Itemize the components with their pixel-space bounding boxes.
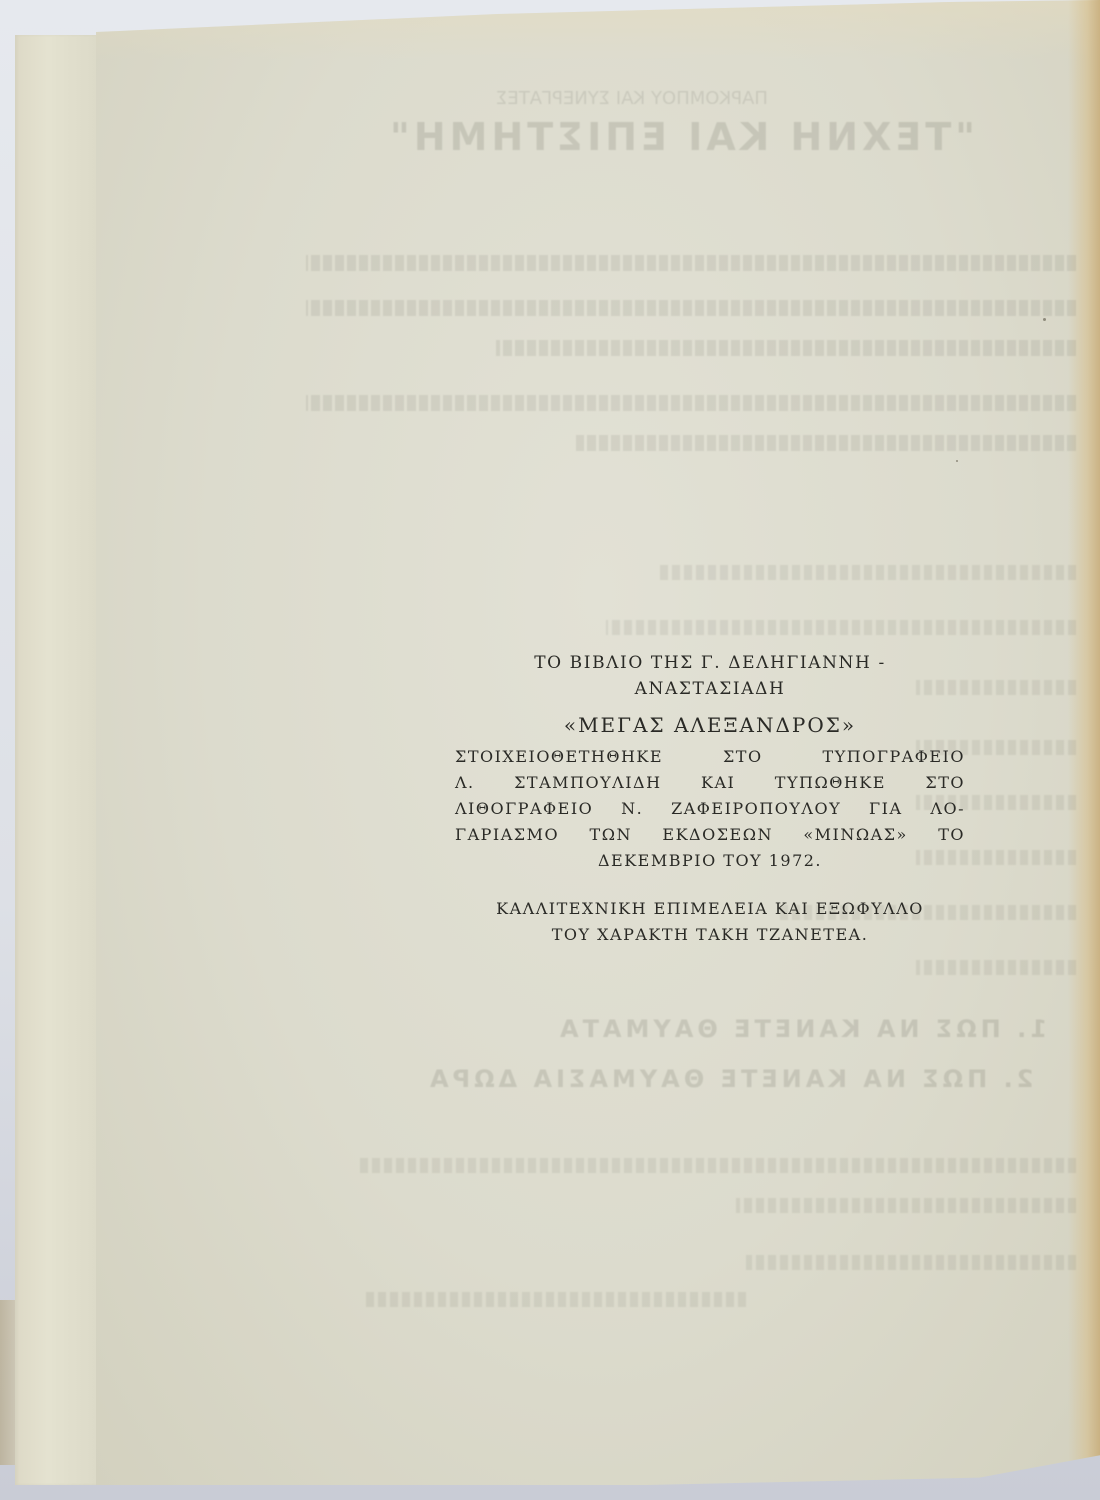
page-right-edge-yellowing: [1068, 0, 1100, 1485]
bleed-through-text-line: [306, 395, 1076, 411]
colophon-credits-line: ΤΟΥ ΧΑΡΑΚΤΗ ΤΑΚΗ ΤΖΑΝΕΤΕΑ.: [455, 922, 965, 948]
bleed-through-list-line: [656, 565, 1076, 580]
spacer: [455, 874, 965, 896]
bleed-through-bottom-heading-2: 2. ΠΩΣ ΝΑ ΚΑΝΕΤΕ ΘΑΥΜΑΣΙΑ ΔΩΡΑ: [426, 1065, 1033, 1093]
paper-speck: [1043, 318, 1046, 321]
bleed-through-list-line: [916, 960, 1076, 975]
inner-cover-strip: [15, 35, 98, 1485]
bleed-through-text-line: [356, 1158, 1076, 1173]
bleed-through-small-heading: ΠΑΡΚΟΜΠΟΥ ΚΑΙ ΣΥΝΕΡΓΑΤΕΣ: [496, 88, 768, 109]
bleed-through-text-line: [746, 1255, 1076, 1270]
paper-speck: [956, 460, 958, 462]
colophon-body-line: ΓΑΡΙΑΣΜΟ ΤΩΝ ΕΚΔΟΣΕΩΝ «ΜΙΝΩΑΣ» ΤΟ: [455, 822, 965, 848]
bleed-through-heading: "ΤΕΧΝΗ ΚΑΙ ΕΠΙΣΤΗΜΗ": [386, 115, 975, 159]
colophon: ΤΟ ΒΙΒΛΙΟ ΤΗΣ Γ. ΔΕΛΗΓΙΑΝΝΗ - ΑΝΑΣΤΑΣΙΑΔ…: [455, 650, 965, 948]
bleed-through-text-line: [736, 1198, 1076, 1213]
colophon-book-author-line-1: ΤΟ ΒΙΒΛΙΟ ΤΗΣ Γ. ΔΕΛΗΓΙΑΝΝΗ -: [455, 650, 965, 676]
bleed-through-text-line: [306, 255, 1076, 271]
colophon-body-line: ΣΤΟΙΧΕΙΟΘΕΤΗΘΗΚΕ ΣΤΟ ΤΥΠΟΓΡΑΦΕΙΟ: [455, 744, 965, 770]
colophon-body-line: ΛΙΘΟΓΡΑΦΕΙΟ Ν. ΖΑΦΕΙΡΟΠΟΥΛΟΥ ΓΙΑ ΛΟ-: [455, 796, 965, 822]
book-title: «ΜΕΓΑΣ ΑΛΕΞΑΝΔΡΟΣ»: [455, 710, 965, 740]
bleed-through-list-line: [606, 620, 1076, 635]
bleed-through-text-line: [576, 435, 1076, 451]
bleed-through-text-line: [496, 340, 1076, 356]
bleed-through-bottom-heading-1: 1. ΠΩΣ ΝΑ ΚΑΝΕΤΕ ΘΑΥΜΑΤΑ: [556, 1015, 1047, 1043]
colophon-body-line: Λ. ΣΤΑΜΠΟΥΛΙΔΗ ΚΑΙ ΤΥΠΩΘΗΚΕ ΣΤΟ: [455, 770, 965, 796]
colophon-credits-line: ΚΑΛΛΙΤΕΧΝΙΚΗ ΕΠΙΜΕΛΕΙΑ ΚΑΙ ΕΞΩΦΥΛΛΟ: [455, 896, 965, 922]
bleed-through-text-line: [306, 300, 1076, 316]
colophon-book-author-line-2: ΑΝΑΣΤΑΣΙΑΔΗ: [455, 676, 965, 702]
colophon-date-line: ΔΕΚΕΜΒΡΙΟ ΤΟΥ 1972.: [455, 848, 965, 874]
bleed-through-text-line: [366, 1292, 746, 1307]
